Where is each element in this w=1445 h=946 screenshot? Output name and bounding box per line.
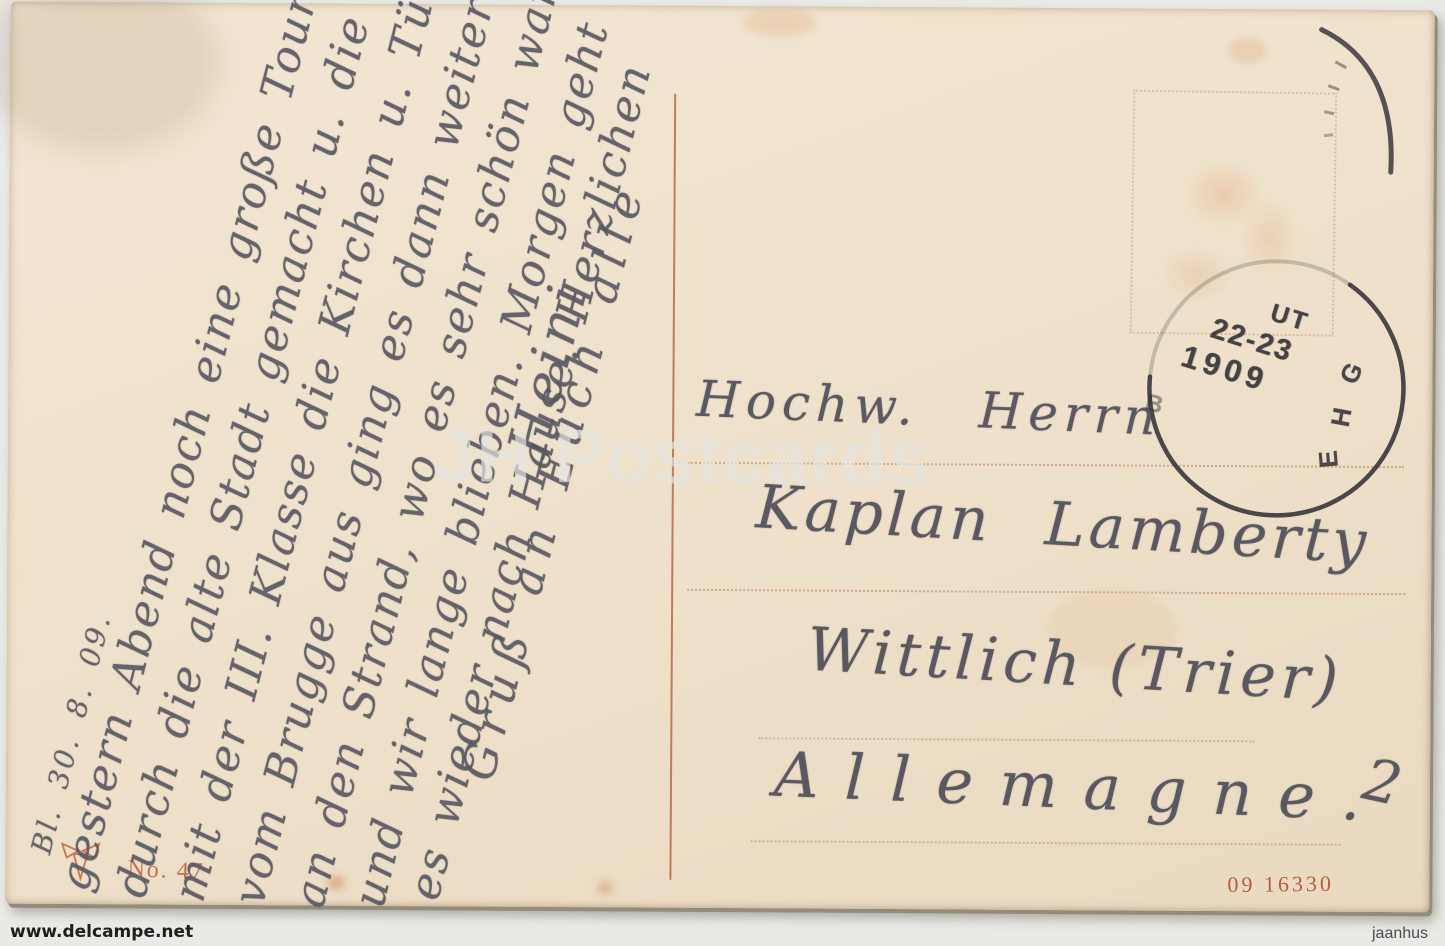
paper-stain xyxy=(1228,37,1266,63)
paper-stain xyxy=(0,0,221,153)
address-dotted-line xyxy=(751,840,1341,846)
address-line-country: Allemagne. xyxy=(773,738,1388,836)
postmark-town-letter: E xyxy=(1313,449,1345,469)
jh-postcards-watermark: JH Postcards xyxy=(433,412,931,502)
corner-postmark-arc xyxy=(1305,22,1426,183)
address-annotation: 2 xyxy=(1357,745,1408,819)
paper-stain xyxy=(597,881,613,894)
seller-credit: jaanhus xyxy=(1372,925,1428,943)
address-dotted-line xyxy=(687,589,1405,595)
postcard-back: UT 22-23 1909 G H E B Bl. 30. 8. 09. ges… xyxy=(5,2,1434,913)
postcard-scan: UT 22-23 1909 G H E B Bl. 30. 8. 09. ges… xyxy=(0,0,1445,946)
delcampe-credit: www.delcampe.net xyxy=(10,922,193,942)
item-number: 09 16330 xyxy=(1227,871,1334,898)
postmark-1909: UT 22-23 1909 G H E B xyxy=(1141,255,1413,527)
address-line-town: Wittlich (Trier) xyxy=(805,615,1345,716)
paper-stain xyxy=(743,8,817,36)
